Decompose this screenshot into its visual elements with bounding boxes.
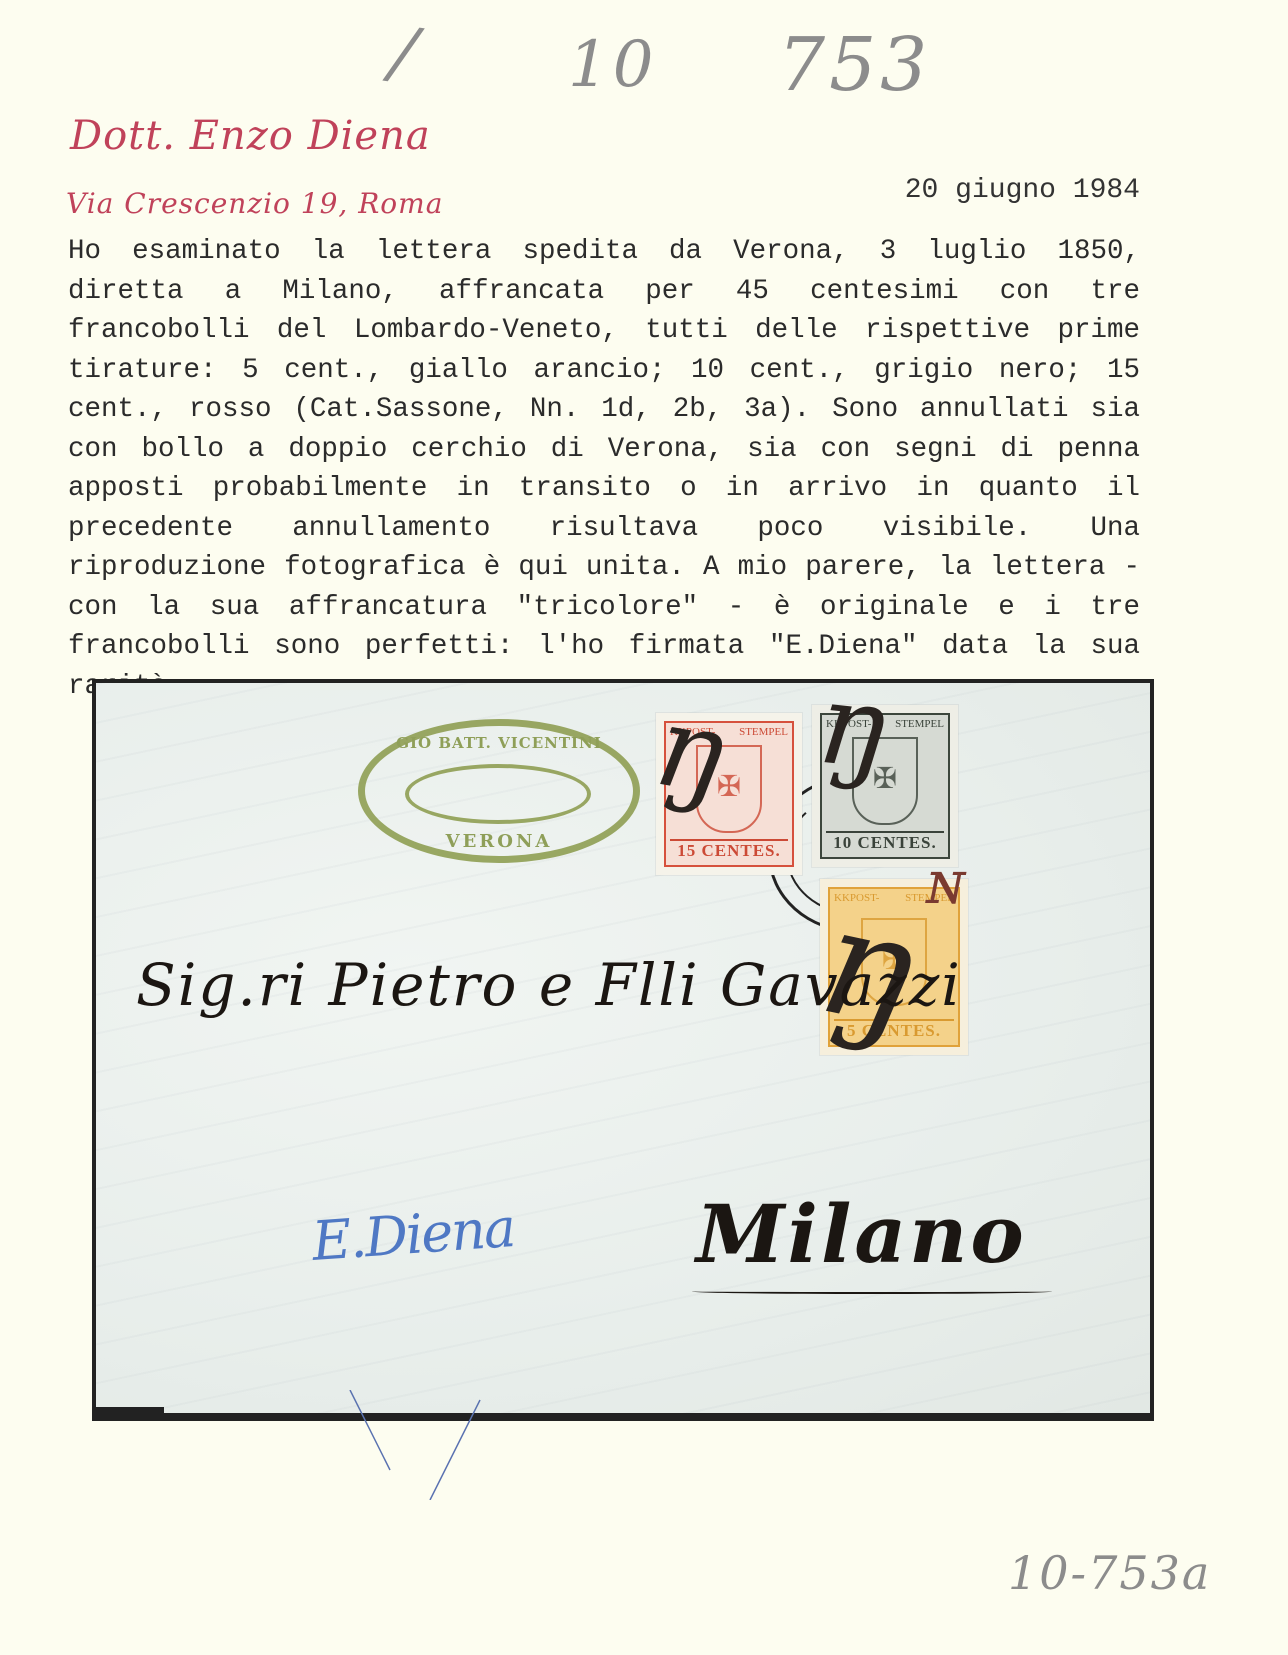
photo-corner-mark [92,1407,164,1421]
letterhead-address: Via Crescenzio 19, Roma [66,187,443,220]
certificate-date: 20 giugno 1984 [905,175,1140,206]
destination-underline [692,1289,1052,1294]
letterhead-name: Dott. Enzo Diena [70,113,431,159]
pencil-note-number-753: 753 [778,22,931,108]
pen-cancel-mark-icon: ŋ [812,679,895,786]
cachet-bottom-text: VERONA [365,831,633,852]
red-pen-mark-icon: ɴ [926,853,965,913]
pencil-note-bottom: 10-753a [1008,1546,1211,1600]
cachet-oval-stamp: GIO BATT. VICENTINI VERONA [358,719,640,863]
certificate-body: Ho esaminato la lettera spedita da Veron… [68,232,1140,706]
expert-signature: E.Diena [310,1196,516,1273]
addressee-handwriting: Sig.ri Pietro e Flli Gavazzi [136,951,962,1019]
certificate-text: Ho esaminato la lettera spedita da Veron… [68,232,1140,706]
destination-handwriting: Milano [696,1187,1027,1281]
pencil-note-slash: / [386,10,425,95]
stamp-value: 15 CENTES. [670,839,788,861]
envelope-photo: GIO BATT. VICENTINI VERONA KKPOST-STEMPE… [92,679,1154,1421]
stamp-header-right: STEMPEL [739,726,788,738]
cachet-top-text: GIO BATT. VICENTINI [365,734,633,752]
stamp-header-right: STEMPEL [895,718,944,730]
pencil-note-number-10: 10 [568,28,657,102]
